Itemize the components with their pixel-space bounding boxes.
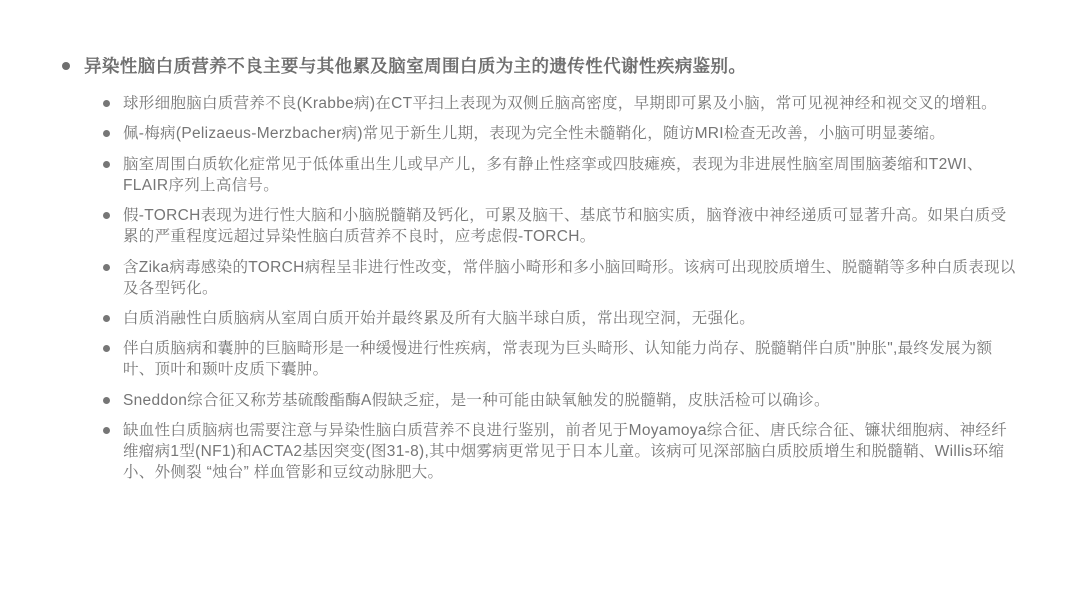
list-item: 伴白质脑病和囊肿的巨脑畸形是一种缓慢进行性疾病，常表现为巨头畸形、认知能力尚存、… [103,338,1022,380]
sub-bullet-text: 伴白质脑病和囊肿的巨脑畸形是一种缓慢进行性疾病，常表现为巨头畸形、认知能力尚存、… [123,338,1022,380]
sub-bullet-text: 白质消融性白质脑病从室周白质开始并最终累及所有大脑半球白质，常出现空洞，无强化。 [123,308,755,329]
sub-bullet-text: 脑室周围白质软化症常见于低体重出生儿或早产儿，多有静止性痉挛或四肢瘫痪，表现为非… [123,154,1022,196]
bullet-icon [62,62,70,70]
bullet-icon [103,212,110,219]
main-bullet-item: 异染性脑白质营养不良主要与其他累及脑室周围白质为主的遗传性代谢性疾病鉴别。 [62,55,1022,78]
bullet-icon [103,427,110,434]
list-item: 脑室周围白质软化症常见于低体重出生儿或早产儿，多有静止性痉挛或四肢瘫痪，表现为非… [103,154,1022,196]
bullet-icon [103,100,110,107]
sub-bullet-text: 缺血性白质脑病也需要注意与异染性脑白质营养不良进行鉴别，前者见于Moyamoya… [123,420,1022,484]
bullet-icon [103,315,110,322]
sub-bullet-text: 球形细胞脑白质营养不良(Krabbe病)在CT平扫上表现为双侧丘脑高密度，早期即… [123,93,997,114]
bullet-icon [103,397,110,404]
sub-bullet-text: 佩-梅病(Pelizaeus-Merzbacher病)常见于新生儿期，表现为完全… [123,123,945,144]
sub-bullet-list: 球形细胞脑白质营养不良(Krabbe病)在CT平扫上表现为双侧丘脑高密度，早期即… [62,93,1022,484]
sub-bullet-text: Sneddon综合征又称芳基硫酸酯酶A假缺乏症，是一种可能由缺氧触发的脱髓鞘，皮… [123,390,830,411]
sub-bullet-text: 假-TORCH表现为进行性大脑和小脑脱髓鞘及钙化，可累及脑干、基底节和脑实质，脑… [123,205,1022,247]
list-item: 缺血性白质脑病也需要注意与异染性脑白质营养不良进行鉴别，前者见于Moyamoya… [103,420,1022,484]
bullet-icon [103,345,110,352]
bullet-icon [103,264,110,271]
bullet-icon [103,161,110,168]
list-item: Sneddon综合征又称芳基硫酸酯酶A假缺乏症，是一种可能由缺氧触发的脱髓鞘，皮… [103,390,1022,411]
list-item: 球形细胞脑白质营养不良(Krabbe病)在CT平扫上表现为双侧丘脑高密度，早期即… [103,93,1022,114]
slide-page: 异染性脑白质营养不良主要与其他累及脑室周围白质为主的遗传性代谢性疾病鉴别。 球形… [0,0,1080,608]
list-item: 佩-梅病(Pelizaeus-Merzbacher病)常见于新生儿期，表现为完全… [103,123,1022,144]
list-item: 白质消融性白质脑病从室周白质开始并最终累及所有大脑半球白质，常出现空洞，无强化。 [103,308,1022,329]
bullet-icon [103,130,110,137]
list-item: 假-TORCH表现为进行性大脑和小脑脱髓鞘及钙化，可累及脑干、基底节和脑实质，脑… [103,205,1022,247]
main-bullet-text: 异染性脑白质营养不良主要与其他累及脑室周围白质为主的遗传性代谢性疾病鉴别。 [84,55,746,78]
sub-bullet-text: 含Zika病毒感染的TORCH病程呈非进行性改变，常伴脑小畸形和多小脑回畸形。该… [123,257,1022,299]
list-item: 含Zika病毒感染的TORCH病程呈非进行性改变，常伴脑小畸形和多小脑回畸形。该… [103,257,1022,299]
